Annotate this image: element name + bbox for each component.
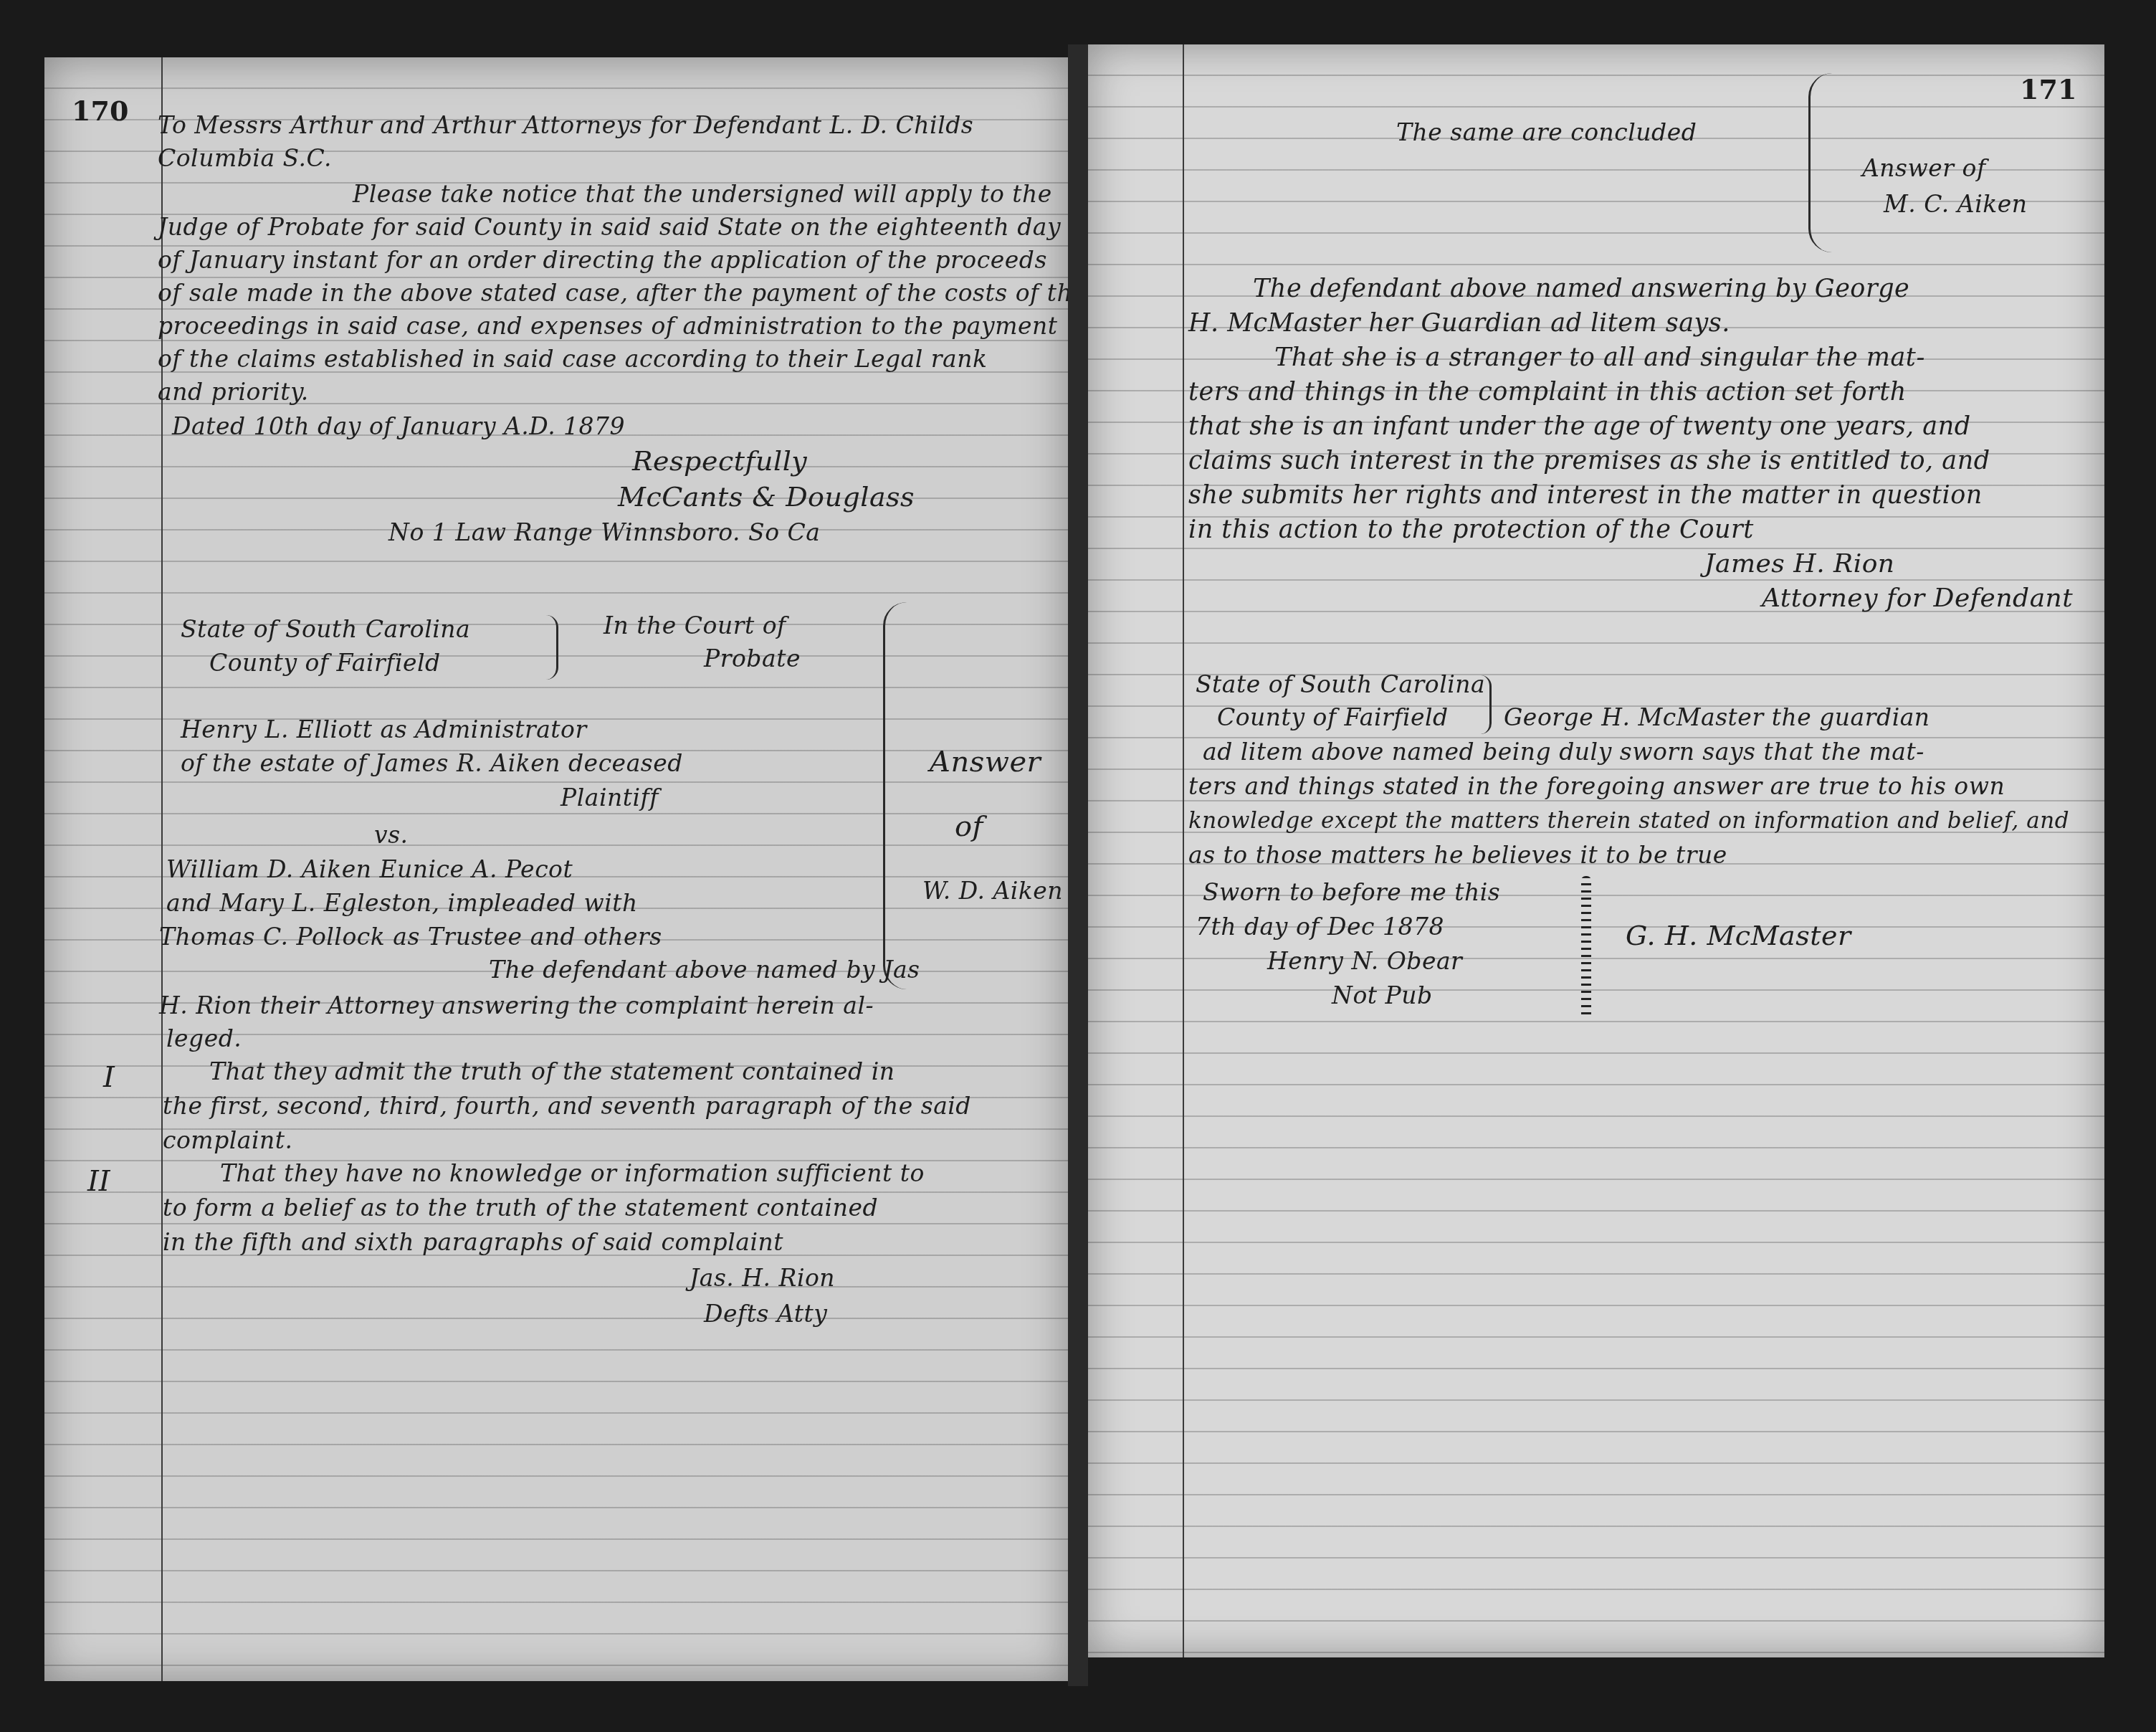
caption-brace: [546, 615, 558, 680]
answer-signature: James H. Rion: [1704, 548, 1895, 581]
answer-para1-line1: That they admit the truth of the stateme…: [209, 1055, 895, 1088]
notice-body-line: Judge of Probate for said County in said…: [158, 211, 1061, 244]
side-label-party: M. C. Aiken: [1884, 188, 2028, 221]
caption-defendants-line3: Thomas C. Pollock as Trustee and others: [159, 920, 662, 953]
affidavit-brace: [1481, 675, 1492, 734]
notice-body-line: and priority.: [158, 376, 309, 409]
answer-signature: Jas. H. Rion: [690, 1262, 835, 1295]
answer-line: That she is a stranger to all and singul…: [1274, 341, 1925, 374]
side-label-answer-of: Answer of: [1862, 152, 1986, 185]
page-number: 171: [2020, 73, 2076, 105]
caption-court-line2: Probate: [704, 642, 801, 675]
side-label-answer: Answer: [930, 746, 1041, 779]
notice-body-line: proceedings in said case, and expenses o…: [158, 310, 1057, 343]
answer-line: in this action to the protection of the …: [1188, 513, 1754, 546]
answer-para2-line1: That they have no knowledge or informati…: [220, 1157, 925, 1190]
notice-signature: McCants & Douglass: [618, 480, 915, 513]
caption-state: State of South Carolina: [181, 613, 470, 646]
notice-closing: Respectfully: [632, 444, 807, 477]
side-label-of: of: [955, 810, 983, 843]
affiant-signature: G. H. McMaster: [1626, 919, 1851, 952]
answer-para2-line3: in the fifth and sixth paragraphs of sai…: [163, 1226, 783, 1259]
answer-brace: [883, 602, 907, 989]
seal-flourish: [1581, 876, 1591, 1019]
answer-para1-line2: the first, second, third, fourth, and se…: [163, 1090, 971, 1123]
margin-rule: [1183, 44, 1184, 1657]
page-number: 170: [72, 95, 128, 127]
affidavit-state: State of South Carolina: [1196, 668, 1485, 701]
answer-intro-line1: The defendant above named by Jas: [489, 953, 920, 986]
answer-intro-line2: H. Rion their Attorney answering the com…: [159, 989, 874, 1022]
affidavit-line: as to those matters he believes it to be…: [1188, 839, 1727, 872]
caption-versus: vs.: [374, 819, 409, 852]
margin-mark-paragraph-1: I: [103, 1061, 115, 1094]
caption-county: County of Fairfield: [209, 647, 441, 680]
caption-plaintiff-line1: Henry L. Elliott as Administrator: [181, 713, 587, 746]
margin-mark-paragraph-2: II: [87, 1165, 110, 1198]
notary-title: Not Pub: [1332, 979, 1433, 1012]
book-spine: [1068, 44, 1088, 1686]
notice-dated: Dated 10th day of January A.D. 1879: [172, 410, 625, 443]
left-page: 170 To Messrs Arthur and Arthur Attorney…: [44, 57, 1068, 1681]
answer-line: that she is an infant under the age of t…: [1188, 410, 1971, 443]
top-note: The same are concluded: [1396, 116, 1697, 149]
answer-brace: [1808, 73, 1832, 252]
answer-line: H. McMaster her Guardian ad litem says.: [1188, 307, 1730, 340]
notice-body-line: of January instant for an order directin…: [158, 244, 1047, 277]
notice-body-line: of sale made in the above stated case, a…: [158, 277, 1068, 310]
notice-body-line: Please take notice that the undersigned …: [353, 178, 1052, 211]
answer-line: ters and things in the complaint in this…: [1188, 376, 1907, 409]
caption-plaintiff-label: Plaintiff: [561, 781, 659, 814]
notice-address-line2: Columbia S.C.: [158, 142, 332, 175]
answer-para2-line2: to form a belief as to the truth of the …: [163, 1191, 878, 1224]
caption-court-line1: In the Court of: [604, 609, 786, 642]
affidavit-line: knowledge except the matters therein sta…: [1188, 804, 2069, 837]
answer-line: The defendant above named answering by G…: [1253, 272, 1909, 305]
caption-plaintiff-line2: of the estate of James R. Aiken deceased: [181, 747, 683, 780]
answer-line: she submits her rights and interest in t…: [1188, 479, 1983, 512]
answer-signature-title: Defts Atty: [704, 1298, 827, 1331]
answer-line: claims such interest in the premises as …: [1188, 444, 1990, 477]
answer-intro-line3: leged.: [166, 1022, 242, 1055]
notice-address-line1: To Messrs Arthur and Arthur Attorneys fo…: [158, 109, 973, 142]
answer-para1-line3: complaint.: [163, 1124, 293, 1157]
caption-defendants-line1: William D. Aiken Eunice A. Pecot: [166, 853, 573, 886]
affidavit-line: ters and things stated in the foregoing …: [1188, 770, 2005, 803]
affidavit-line: George H. McMaster the guardian: [1504, 701, 1930, 734]
affidavit-line: ad litem above named being duly sworn sa…: [1203, 736, 1924, 769]
jurat-line1: Sworn to before me this: [1203, 876, 1500, 909]
notice-signer-address: No 1 Law Range Winnsboro. So Ca: [388, 516, 820, 549]
notary-name: Henry N. Obear: [1267, 945, 1462, 978]
side-label-party: W. D. Aiken et al: [922, 875, 1068, 908]
jurat-line2: 7th day of Dec 1878: [1196, 910, 1444, 943]
right-page: 171 The same are concluded Answer of M. …: [1088, 44, 2104, 1657]
caption-defendants-line2: and Mary L. Egleston, impleaded with: [166, 887, 638, 920]
notice-body-line: of the claims established in said case a…: [158, 343, 988, 376]
affidavit-county: County of Fairfield: [1217, 701, 1449, 734]
answer-signature-title: Attorney for Defendant: [1762, 582, 2073, 615]
